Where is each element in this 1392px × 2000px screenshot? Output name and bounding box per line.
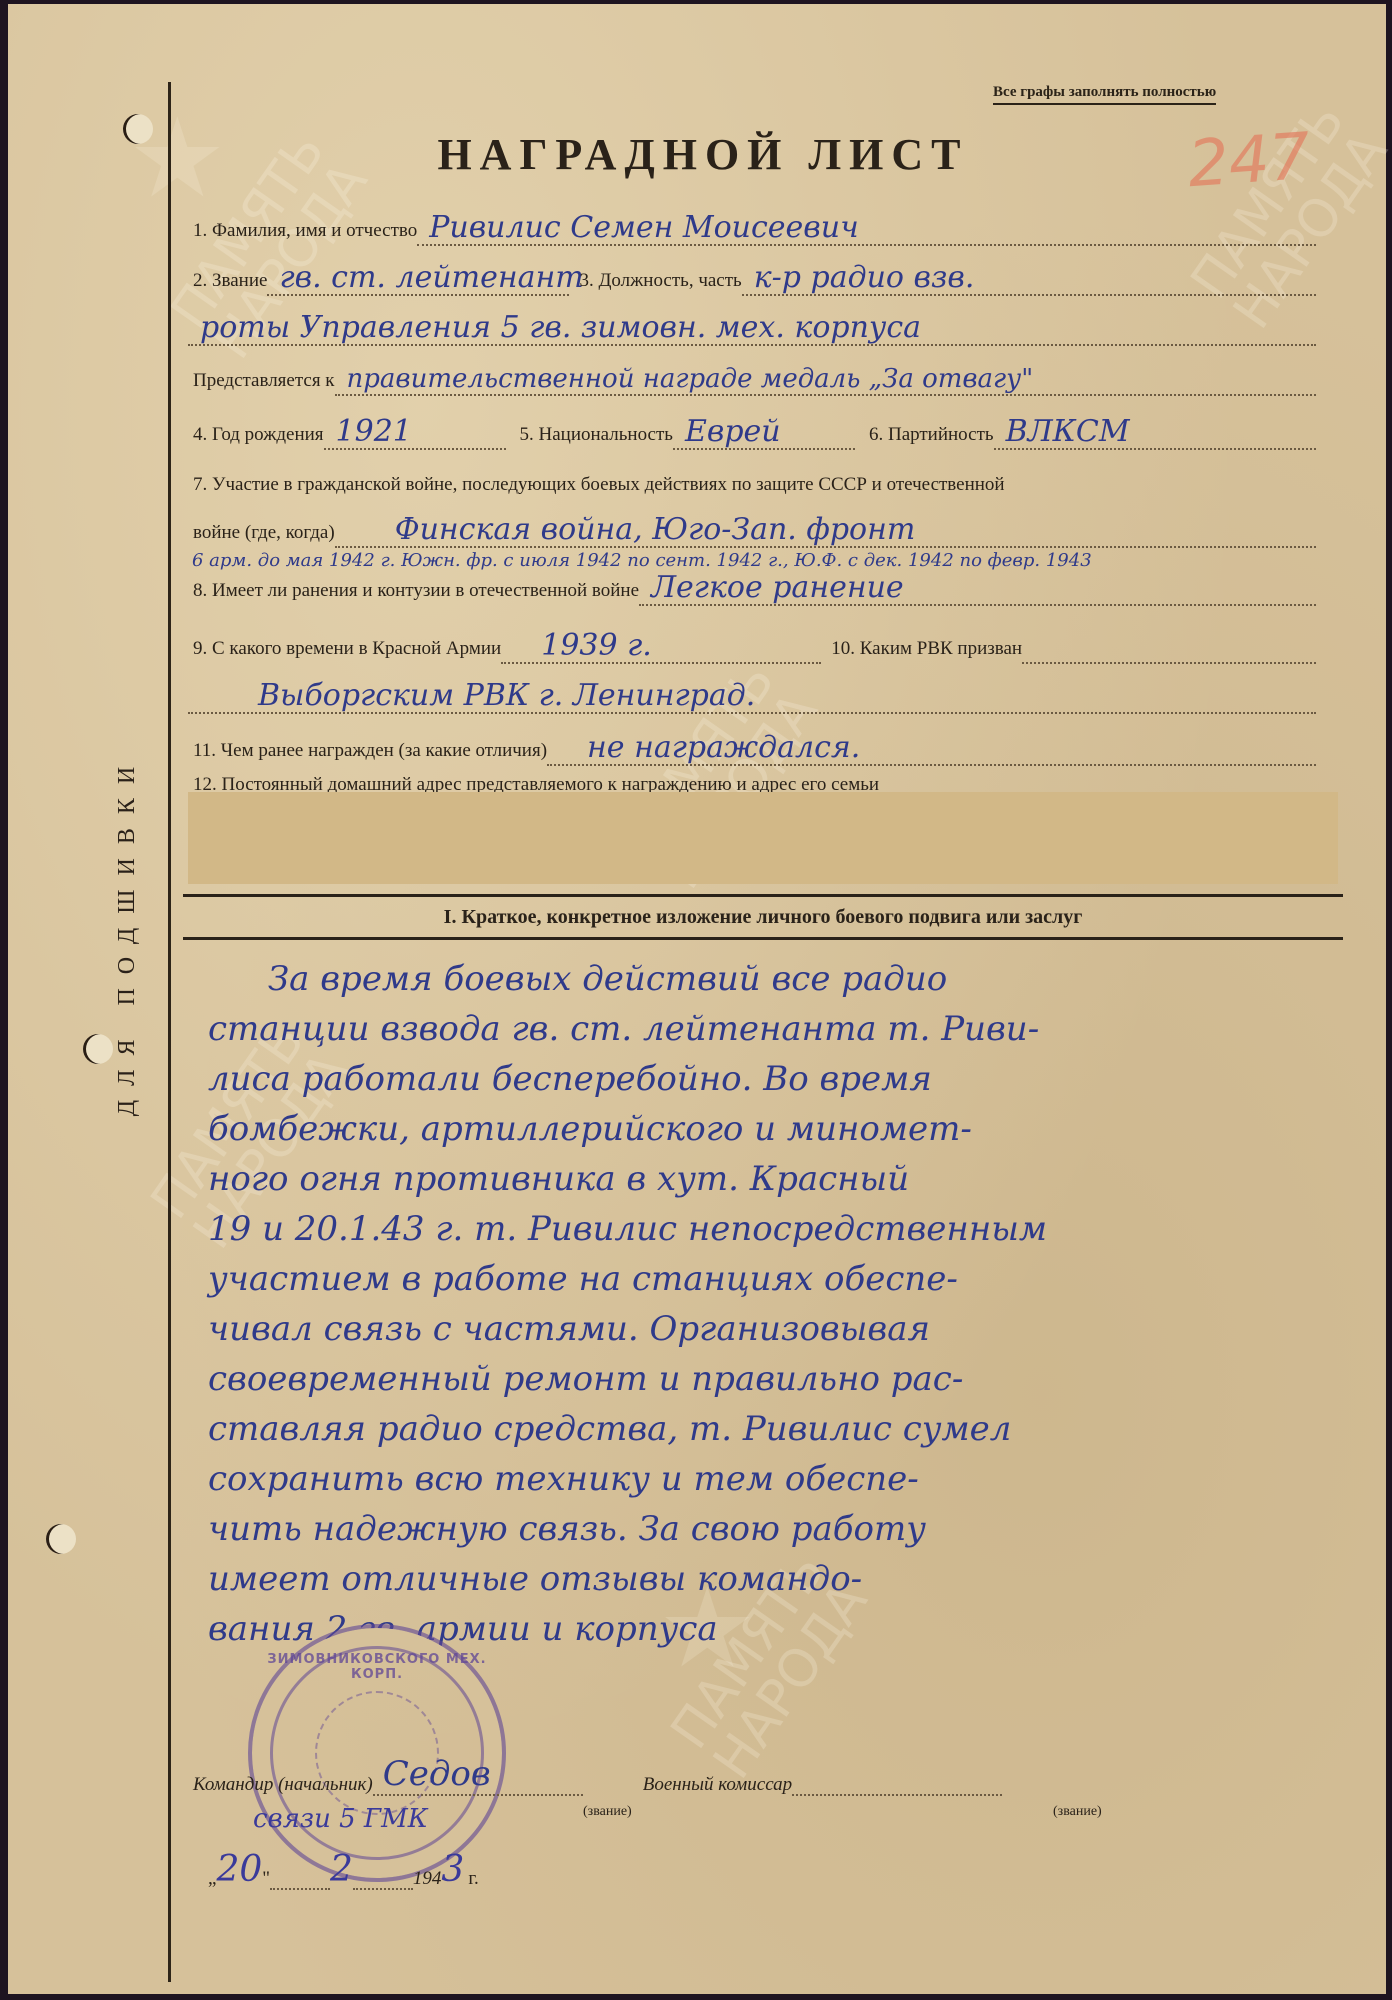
field-label: 9. С какого времени в Красной Армии [193, 638, 501, 664]
date-row: „ 20 " 2 194 3 г. [208, 1849, 479, 1890]
commissar-label: Военный комиссар [643, 1774, 792, 1796]
rank-value: гв. ст. лейтенант [267, 262, 569, 296]
conscripted-by-value: Выборгским РВК г. Ленинград. [188, 680, 1316, 714]
narrative-line: чивал связь с частями. Организовывая [208, 1304, 1328, 1354]
merit-narrative: За время боевых действий все радио станц… [208, 954, 1328, 1654]
narrative-line: ставляя радио средства, т. Ривилис сумел [208, 1404, 1328, 1454]
prior-awards-value: не награждался. [547, 732, 1316, 766]
name-value: Ривилис Семен Моисеевич [417, 212, 1316, 246]
punch-hole [123, 114, 153, 144]
field-label: Представляется к [193, 370, 335, 396]
commander-label: Командир (начальник) [193, 1774, 373, 1796]
punch-hole [46, 1524, 76, 1554]
punch-hole [83, 1034, 113, 1064]
field-nominated-for: Представляется к правительственной награ… [193, 366, 1316, 396]
award-sheet: ★ ★ ПАМЯТЬНАРОДА ПАМЯТЬНАРОДА ПАМЯТЬНАРО… [8, 4, 1386, 1994]
document-title: НАГРАДНОЙ ЛИСТ [348, 129, 1058, 180]
section-divider [183, 894, 1343, 897]
watermark-star-icon: ★ [128, 94, 227, 223]
party-value: ВЛКСМ [994, 416, 1316, 450]
field-position-cont: роты Управления 5 гв. зимовн. мех. корпу… [188, 312, 1316, 346]
field-label: войне (где, когда) [193, 522, 335, 548]
narrative-line: ного огня противника в хут. Красный [208, 1154, 1328, 1204]
rank-caption: (звание) [1053, 1804, 1102, 1820]
coat-of-arms-emblem-icon [315, 1691, 439, 1815]
field-label: 8. Имеет ли ранения и контузии в отечест… [193, 580, 639, 606]
commander-signature-row: Командир (начальник) Седов Военный комис… [193, 1774, 1002, 1796]
position-value: к-р радио взв. [742, 262, 1316, 296]
field-label: 2. Звание [193, 270, 267, 296]
field-label: 11. Чем ранее награжден (за какие отличи… [193, 740, 547, 766]
field-conscripted-by-cont: Выборгским РВК г. Ленинград. [188, 680, 1316, 714]
field-name: 1. Фамилия, имя и отчество Ривилис Семен… [193, 212, 1316, 246]
commissar-signature-line [792, 1774, 1002, 1796]
date-year-suffix: 3 [441, 1849, 464, 1890]
narrative-line: станции взвода гв. ст. лейтенанта т. Рив… [208, 1004, 1328, 1054]
field-wounds: 8. Имеет ли ранения и контузии в отечест… [193, 572, 1316, 606]
official-seal-stamp: ЗИМОВНИКОВСКОГО МЕХ. КОРП. [248, 1624, 506, 1882]
field-label: 10. Каким РВК призван [821, 638, 1022, 664]
narrative-line: За время боевых действий все радио [208, 954, 1328, 1004]
nominated-for-value: правительственной награде медаль „За отв… [335, 366, 1316, 396]
red-army-since-value: 1939 г. [501, 630, 821, 664]
field-label: 6. Партийность [855, 424, 994, 450]
narrative-line: сохранить всю технику и тем обеспе- [208, 1454, 1328, 1504]
field-label: 4. Год рождения [193, 424, 324, 450]
commander-signature-line: Седов [373, 1774, 583, 1796]
conscripted-by-line [1022, 634, 1316, 664]
section-divider [183, 937, 1343, 940]
archive-number: 247 [1186, 120, 1313, 202]
field-combat: войне (где, когда) Финская война, Юго-За… [193, 514, 1316, 548]
field-prior-awards: 11. Чем ранее награжден (за какие отличи… [193, 732, 1316, 766]
fill-instruction: Все графы заполнять полностью [993, 84, 1216, 105]
narrative-line: бомбежки, артиллерийского и миномет- [208, 1104, 1328, 1154]
commander-rank-note: связи 5 ГМК [253, 1804, 428, 1834]
date-month: 2 [330, 1849, 353, 1890]
binding-margin-line [168, 82, 171, 1982]
position-value-cont: роты Управления 5 гв. зимовн. мех. корпу… [188, 312, 1316, 346]
rank-caption: (звание) [583, 1804, 632, 1820]
wounds-value: Легкое ранение [639, 572, 1316, 606]
section-title: I. Краткое, конкретное изложение личного… [183, 906, 1343, 929]
date-dots [270, 1874, 330, 1890]
stamp-text: ЗИМОВНИКОВСКОГО МЕХ. КОРП. [252, 1652, 502, 1682]
narrative-line: участием в работе на станциях обеспе- [208, 1254, 1328, 1304]
field-service-since: 9. С какого времени в Красной Армии 1939… [193, 630, 1316, 664]
narrative-line: лиса работали бесперебойно. Во время [208, 1054, 1328, 1104]
narrative-line: своевременный ремонт и правильно рас- [208, 1354, 1328, 1404]
date-year-prefix: 194 [413, 1868, 442, 1890]
field-label: 5. Национальность [506, 424, 673, 450]
date-dots [353, 1874, 413, 1890]
field-label: 1. Фамилия, имя и отчество [193, 220, 417, 246]
narrative-line: имеет отличные отзывы командо- [208, 1554, 1328, 1604]
date-year-unit: г. [464, 1868, 478, 1890]
narrative-line: 19 и 20.1.43 г. т. Ривилис непосредствен… [208, 1204, 1328, 1254]
commander-signature: Седов [383, 1754, 491, 1794]
nationality-value: Еврей [673, 416, 855, 450]
narrative-line: чить надежную связь. За свою работу [208, 1504, 1328, 1554]
redacted-address-block [188, 792, 1338, 884]
binding-label: ДЛЯ ПОДШИВКИ [108, 694, 148, 1174]
field-birth-nationality-party: 4. Год рождения 1921 5. Национальность Е… [193, 416, 1316, 450]
combat-value: Финская война, Юго-Зап. фронт [335, 514, 1316, 548]
birth-year-value: 1921 [324, 416, 506, 450]
field-rank-position: 2. Звание гв. ст. лейтенант 3. Должность… [193, 262, 1316, 296]
field-combat-label: 7. Участие в гражданской войне, последую… [193, 474, 1316, 500]
date-day: 20 [216, 1849, 262, 1890]
field-label: 7. Участие в гражданской войне, последую… [193, 474, 1005, 500]
field-label: 3. Должность, часть [569, 270, 741, 296]
